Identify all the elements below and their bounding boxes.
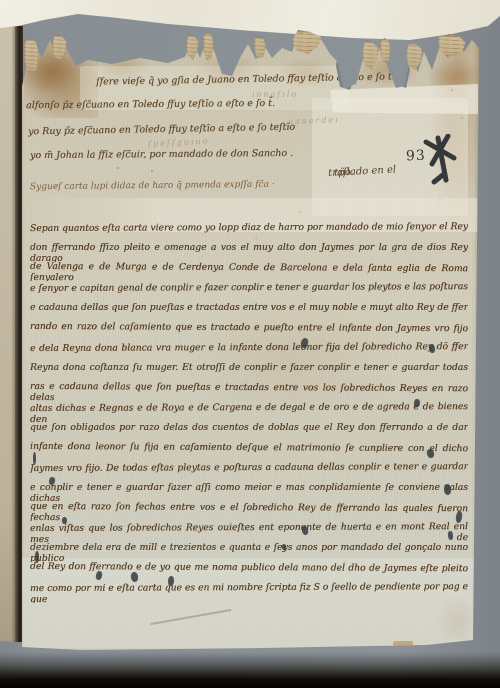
ink-blot <box>448 531 454 540</box>
manuscript-line: que en eſta razo ſon fechas entre vos e … <box>30 501 468 523</box>
manuscript-line: Sepan quantos eſta carta viere como yo l… <box>30 221 468 243</box>
manuscript-line: don fferrando ffizo pleito e omenage a v… <box>30 242 468 262</box>
manuscript-page: ſfere vieſe q̃ yo gſia de Juano en Toled… <box>22 34 479 652</box>
manuscript-line: que ſon obligados por razo delas dos cue… <box>30 422 468 442</box>
witness-line-4: yo m̃ Johan la ffiz eſc̃uir, por mandado… <box>30 148 293 161</box>
manuscript-line: e cadauna dellas que ſon pueſtas e tract… <box>30 302 468 322</box>
manuscript-line: Jaymes vro fijo. De todas eſtas pleytas … <box>30 461 468 483</box>
archival-note-line2: tp̃o. <box>334 167 354 179</box>
ink-blot <box>62 517 67 524</box>
witness-line-2: alfonſo p̃z eſc̃uano en Toledo ffuy teſt… <box>26 98 275 111</box>
manuscript-line: Reyna dona coſtanza ſu muger. Et otroſſi… <box>30 362 468 382</box>
manuscript-line: deziembre dela era de mill e trezientos … <box>30 542 468 562</box>
manuscript-line: infante dona leonor ſu fija en caſamient… <box>30 441 468 463</box>
manuscript-line: e dela Reyna dona blanca vra muger e la … <box>30 341 468 363</box>
ink-blot <box>282 544 286 550</box>
ink-blot <box>33 452 36 465</box>
interlinear-mark: uaaardeı <box>288 115 340 126</box>
ink-blot <box>35 551 39 563</box>
manuscript-line: e ſenyor e capitan genal de conplir e fa… <box>30 281 468 303</box>
manuscript-line: ras e cadauna dellas que ſon pueſtas e t… <box>30 381 468 403</box>
manuscript-line: me como por mi e eſta carta que es en mi… <box>30 581 468 603</box>
manuscript-line: de Valenga e de Murga e de Cerdenya Cond… <box>30 261 468 283</box>
bottom-shadow <box>0 652 500 688</box>
left-page-edge <box>0 26 15 642</box>
photograph: ſfere vieſe q̃ yo gſia de Juano en Toled… <box>0 0 500 688</box>
manuscript-line: e conplir e tener e guardar fazer aſſi c… <box>30 482 468 502</box>
manuscript-line: altas dichas e Regnas e de Roya e de Car… <box>30 401 468 423</box>
ink-blot <box>444 484 452 496</box>
manuscript-line: enlas viſtas que los ſobredichos Reyes o… <box>30 521 468 543</box>
body-text-block: Sepan quantos eſta carta viere como yo l… <box>30 222 468 606</box>
archival-flourish-icon <box>420 134 460 186</box>
gutter-shadow <box>15 26 23 642</box>
manuscript-line: rando en razo del caſamiento que es trac… <box>30 321 468 343</box>
